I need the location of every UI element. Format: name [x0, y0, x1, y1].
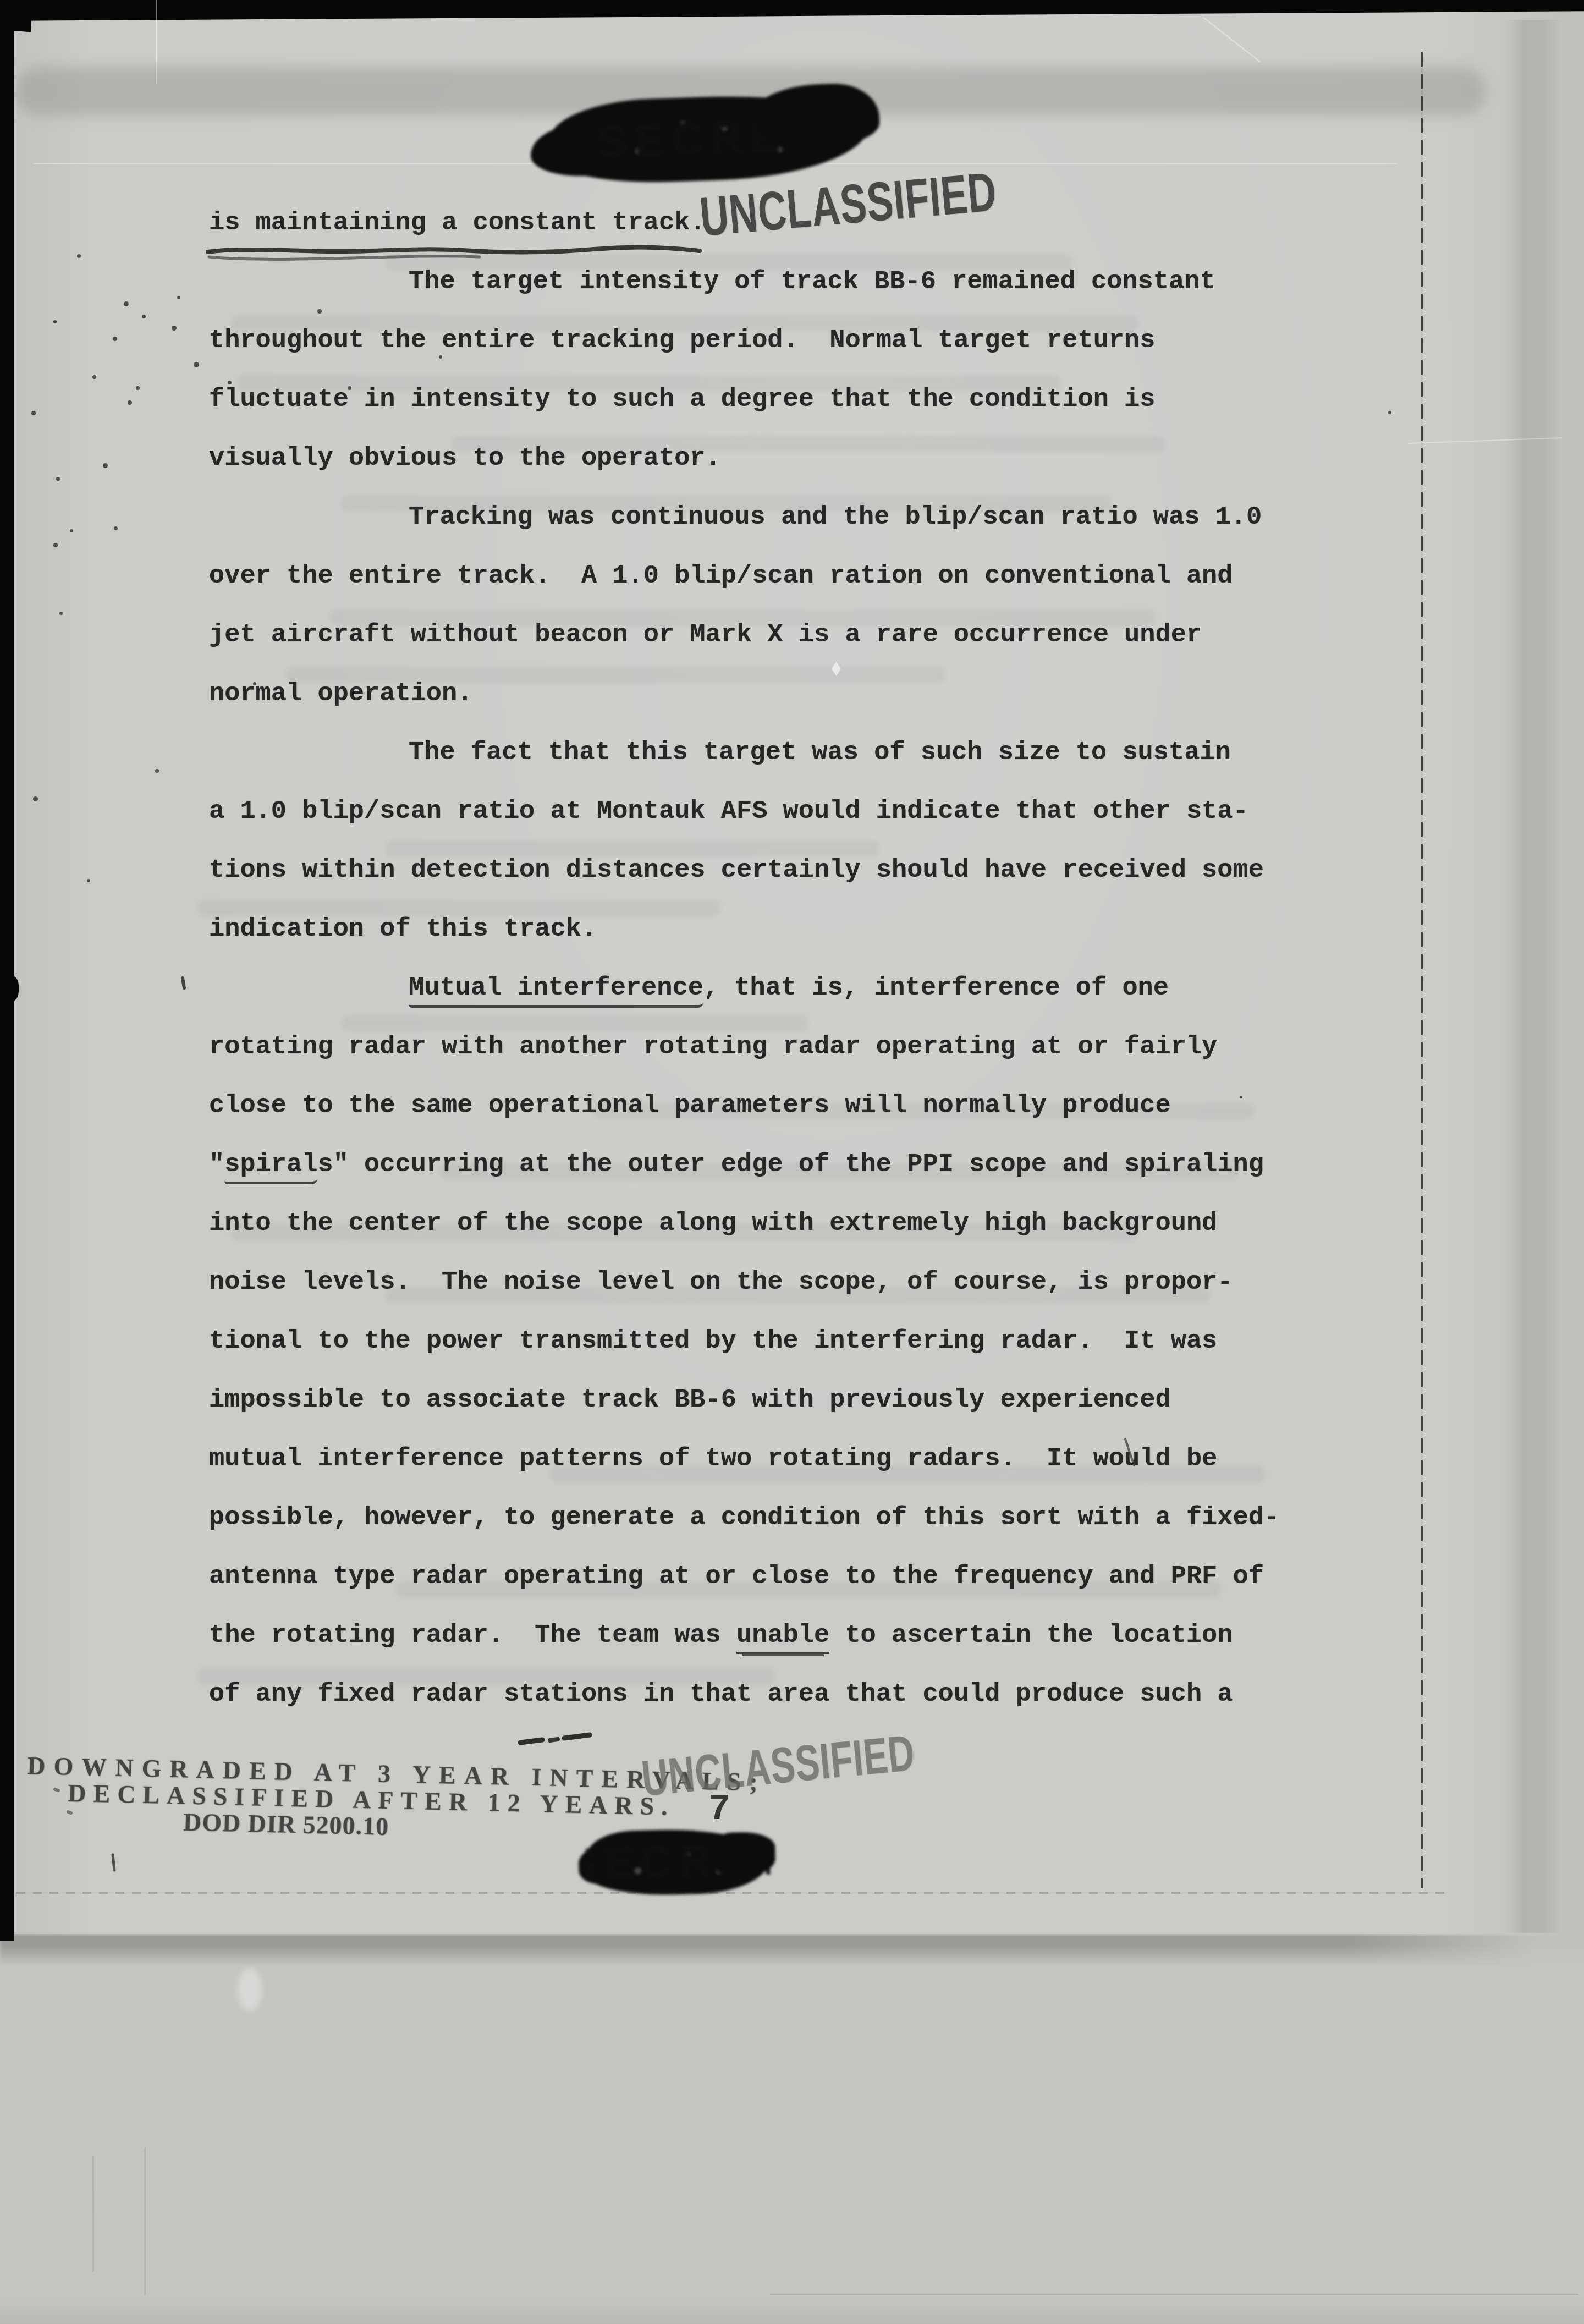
scanned-document-photo: is maintaining a constant track.The targ… [0, 0, 1584, 2324]
typed-line: indication of this track. [209, 900, 1279, 959]
typed-line: the rotating radar. The team was unable … [209, 1606, 1279, 1665]
redacted-secret-stamp-bottom: SECRET [586, 1827, 771, 1897]
dust-speck [56, 477, 60, 481]
typed-line: normal operation. [209, 664, 1279, 723]
dust-speck [142, 315, 146, 318]
typed-line: mutual interference patterns of two rota… [209, 1430, 1279, 1488]
scratch-mark [770, 2294, 1579, 2295]
dust-speck [114, 526, 118, 530]
dust-speck [155, 769, 159, 773]
secret-classification-text: SECRET [586, 1827, 771, 1897]
scratch-mark [92, 2156, 94, 2272]
dust-speck [53, 320, 57, 323]
secret-classification-text: SECRET [548, 91, 871, 186]
redacted-secret-stamp-top: SECRET [548, 91, 871, 186]
dust-speck [33, 796, 38, 801]
dust-speck [92, 375, 96, 379]
unclassified-stamp-bottom: UNCLASSIFIED [645, 1750, 1025, 1808]
dust-speck [59, 612, 63, 615]
scratch-mark [156, 0, 157, 84]
typed-line: rotating radar with another rotating rad… [209, 1018, 1279, 1076]
typed-line: jet aircraft without beacon or Mark X is… [209, 606, 1279, 664]
dust-speck [31, 411, 36, 415]
dust-speck [1388, 411, 1391, 414]
typed-line: Mutual interference, that is, interferen… [209, 959, 1279, 1018]
dust-speck [128, 400, 132, 405]
dust-speck [136, 386, 140, 390]
typed-line: noise levels. The noise level on the sco… [209, 1253, 1279, 1312]
dust-speck [124, 301, 129, 306]
typed-line: throughout the entire tracking period. N… [209, 311, 1279, 370]
typed-line: a 1.0 blip/scan ratio at Montauk AFS wou… [209, 782, 1279, 841]
photo-border-left [0, 0, 14, 1941]
dust-speck [77, 254, 81, 258]
paper-fold-shading [1505, 20, 1562, 1933]
typed-line: "spirals" occurring at the outer edge of… [209, 1135, 1279, 1194]
typed-line: possible, however, to generate a conditi… [209, 1488, 1279, 1547]
typed-line: antenna type radar operating at or close… [209, 1547, 1279, 1606]
crease-line [1421, 52, 1423, 1888]
dust-speck [113, 337, 117, 341]
typed-line: fluctuate in intensity to such a degree … [209, 370, 1279, 429]
dust-speck [70, 529, 73, 532]
page-number: 7 [708, 1789, 730, 1830]
typed-line: tional to the power transmitted by the i… [209, 1312, 1279, 1371]
photo-border-left [0, 975, 19, 1002]
scratch-mark [144, 2148, 146, 2295]
dust-speck [177, 296, 180, 299]
dust-speck [87, 879, 90, 882]
typed-line: impossible to associate track BB-6 with … [209, 1371, 1279, 1430]
typed-text-block: is maintaining a constant track.The targ… [209, 194, 1279, 1724]
typed-line: The target intensity of track BB-6 remai… [209, 252, 1279, 311]
dust-speck [172, 326, 177, 331]
typed-line: over the entire track. A 1.0 blip/scan r… [209, 547, 1279, 606]
unclassified-stamp-top: UNCLASSIFIED [703, 186, 1116, 249]
typed-line: The fact that this target was of such si… [209, 723, 1279, 782]
typed-line: tions within detection distances certain… [209, 841, 1279, 900]
typed-line: of any fixed radar stations in that area… [209, 1665, 1279, 1724]
typed-line: close to the same operational parameters… [209, 1076, 1279, 1135]
dust-speck [103, 463, 108, 468]
typed-line: visually obvious to the operator. [209, 429, 1279, 488]
page-bottom-edge-shadow [0, 1934, 1535, 1966]
dust-speck [53, 543, 58, 547]
dust-speck [194, 362, 199, 367]
paper-flaw-spot [238, 1968, 262, 2011]
typed-line: Tracking was continuous and the blip/sca… [209, 488, 1279, 547]
typed-line: into the center of the scope along with … [209, 1194, 1279, 1253]
